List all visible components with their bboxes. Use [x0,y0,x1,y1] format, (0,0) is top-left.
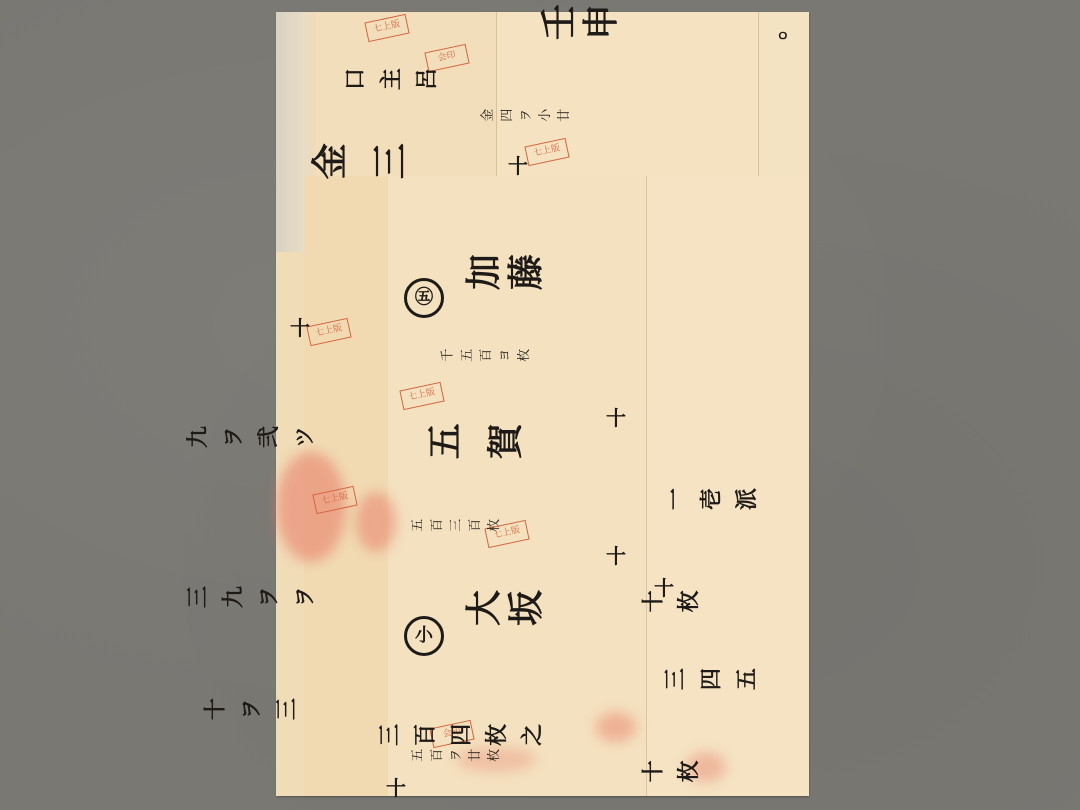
corner-mark: ㅇ [776,26,790,46]
red-stain [596,712,636,742]
document-sheet: 七上版 会印 七上版 七上版 七上版 七上版 七上版 会印 壬申 口 主 呂 金… [276,12,808,796]
red-stain [356,492,396,552]
calligraphy-line: 十 ヲ 三 [203,695,299,726]
calligraphy-line: 千 五 百 ヨ 枚 [440,348,531,367]
right-column-text: 三 四 五 [663,665,759,696]
circled-mark: ㊄ [404,278,444,318]
tally-mark: 十 [606,402,626,431]
calligraphy-line: 三 百 四 枚 之 [378,720,546,751]
calligraphy-line: 金 四 ヲ 小 廿 [480,108,571,127]
heading-bottom: 大坂 [465,585,549,636]
calligraphy-line: 口 主 呂 [343,65,439,96]
calligraphy-line: 五 百 三 百 枚 [410,518,501,537]
tally-mark: 十 [508,150,528,179]
right-column-text: 一 壱 派 [663,485,759,516]
heading-top: 壬申 [540,0,624,50]
tally-mark: 十 [654,572,674,601]
heading-middle-2: 五 賀 [425,418,528,469]
calligraphy-line: 九 ヲ 弐 ツ [186,422,318,453]
heading-middle: 加藤 [465,249,549,300]
calligraphy-line: 五 百 ヲ 廿 枚 [410,748,501,767]
tally-mark: 十 [606,540,626,569]
calligraphy-line: 金 三 [310,138,413,189]
right-column-text: 十 枚 [641,757,702,788]
tally-mark: 十 [290,312,310,341]
calligraphy-line: 三 九 ヲ ヲ [186,582,318,613]
circled-mark: 小 [404,616,444,656]
tally-mark: 十 [386,772,406,801]
